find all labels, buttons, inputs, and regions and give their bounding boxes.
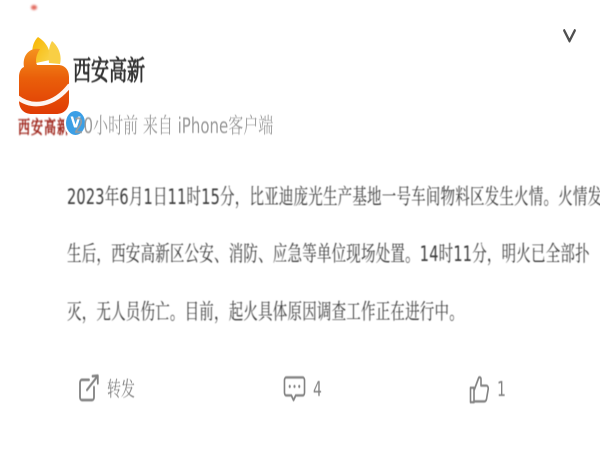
thumbs-up-icon — [468, 374, 490, 406]
post-text-line: 2023年6月1日11时15分，比亚迪庞光生产基地一号车间物料区发生火情。火情发 — [67, 180, 600, 212]
xian-hitech-logo-icon — [16, 37, 72, 115]
post-text-line: 生后，西安高新区公安、消防、应急等单位现场处置。14时11分，明火已全部扑 — [67, 237, 590, 269]
post-text-line: 灭，无人员伤亡。目前，起火具体原因调查工作正在进行中。 — [67, 295, 464, 327]
repost-icon — [78, 374, 100, 403]
post-meta: 20小时前 来自 iPhone客户端 — [74, 110, 273, 140]
username[interactable]: 西安高新 — [73, 50, 145, 89]
weibo-post-card: 西安高新 V 西安高新 20小时前 来自 iPhone客户端 2023年6月1日… — [0, 0, 600, 450]
comment-icon — [283, 374, 306, 404]
notification-dot — [31, 5, 37, 10]
like-button[interactable]: 1 — [468, 374, 506, 406]
like-count: 1 — [497, 378, 506, 401]
repost-label: 转发 — [107, 374, 135, 403]
chevron-down-icon — [562, 27, 577, 45]
comment-button[interactable]: 4 — [283, 374, 322, 404]
more-button[interactable] — [562, 27, 577, 45]
comment-count: 4 — [313, 378, 322, 401]
repost-button[interactable]: 转发 — [78, 374, 135, 403]
